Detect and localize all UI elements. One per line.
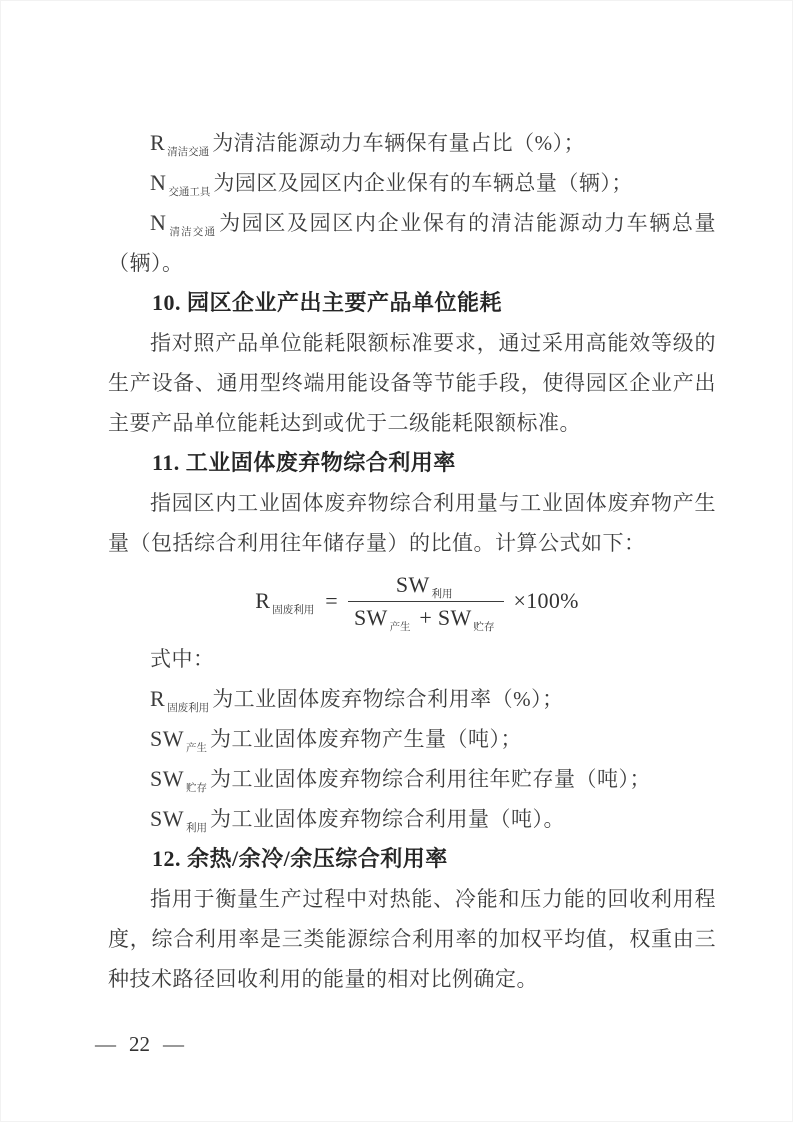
- section-12-heading: 12. 余热/余冷/余压综合利用率: [108, 839, 716, 879]
- definition-subscript: 清洁交通: [168, 227, 216, 238]
- document-page: R清洁交通为清洁能源动力车辆保有量占比（%）； N交通工具为园区及园区内企业保有…: [0, 0, 793, 1122]
- section-11-heading: 11. 工业固体废弃物综合利用率: [108, 443, 716, 483]
- page-number: 22: [129, 1032, 150, 1057]
- definition-subscript: 交通工具: [168, 187, 210, 198]
- page-footer: — 22 —: [95, 1032, 184, 1057]
- formula-lhs: R固废利用: [255, 588, 317, 614]
- formula-multiplier: ×100%: [514, 588, 579, 614]
- definition-line-sw-stored: SW贮存为工业固体废弃物综合利用往年贮存量（吨）；: [108, 759, 716, 799]
- definition-symbol: N: [150, 210, 166, 235]
- definition-subscript: 清洁交通: [167, 147, 209, 158]
- definition-subscript: 固废利用: [167, 703, 209, 714]
- formula-equals-sign: =: [325, 588, 338, 614]
- definition-symbol: SW: [150, 726, 184, 751]
- definition-text: 为工业固体废弃物综合利用往年贮存量（吨）；: [210, 767, 651, 791]
- definition-subscript: 产生: [186, 743, 207, 754]
- definition-symbol: SW: [150, 806, 184, 831]
- definition-symbol: R: [150, 130, 165, 155]
- definition-subscript: 利用: [186, 823, 207, 834]
- definition-line-n-vehicles: N交通工具为园区及园区内企业保有的车辆总量（辆）；: [108, 163, 716, 203]
- formula-fraction: SW利用 SW产生 + SW贮存: [348, 572, 504, 631]
- formula-where-label: 式中：: [108, 639, 716, 679]
- definition-text: 为清洁能源动力车辆保有量占比（%）；: [212, 131, 585, 155]
- definition-symbol: SW: [150, 766, 184, 791]
- section-11-paragraph: 指园区内工业固体废弃物综合利用量与工业固体废弃物产生量（包括综合利用往年储存量）…: [108, 483, 716, 563]
- definition-text: 为工业固体废弃物综合利用量（吨）。: [210, 807, 565, 831]
- formula-denominator-symbol-2: SW: [438, 605, 472, 630]
- formula-numerator: SW利用: [348, 572, 504, 602]
- solid-waste-utilization-formula: R固废利用 = SW利用 SW产生 + SW贮存 ×100%: [118, 563, 716, 639]
- formula-lhs-symbol: R: [255, 588, 270, 613]
- definition-line-r-solid-waste: R固废利用为工业固体废弃物综合利用率（%）；: [108, 679, 716, 719]
- definition-line-n-clean-vehicles: N清洁交通为园区及园区内企业保有的清洁能源动力车辆总量（辆）。: [108, 203, 716, 283]
- definition-text: 为工业固体废弃物产生量（吨）；: [210, 727, 522, 751]
- definition-line-sw-utilized: SW利用为工业固体废弃物综合利用量（吨）。: [108, 799, 716, 839]
- section-10-heading: 10. 园区企业产出主要产品单位能耗: [108, 283, 716, 323]
- formula-numerator-subscript: 利用: [432, 589, 453, 600]
- definition-subscript: 贮存: [186, 783, 207, 794]
- definition-symbol: R: [150, 686, 165, 711]
- definition-symbol: N: [150, 170, 166, 195]
- section-12-paragraph: 指用于衡量生产过程中对热能、冷能和压力能的回收利用程度，综合利用率是三类能源综合…: [108, 879, 716, 999]
- formula-denominator-symbol-1: SW: [354, 605, 388, 630]
- section-10-paragraph: 指对照产品单位能耗限额标准要求，通过采用高能效等级的生产设备、通用型终端用能设备…: [108, 323, 716, 443]
- footer-right-dash: —: [163, 1032, 184, 1057]
- definition-line-r-clean-transport: R清洁交通为清洁能源动力车辆保有量占比（%）；: [108, 123, 716, 163]
- footer-left-dash: —: [95, 1032, 116, 1057]
- definition-text: 为园区及园区内企业保有的清洁能源动力车辆总量（辆）。: [108, 211, 716, 275]
- page-content: R清洁交通为清洁能源动力车辆保有量占比（%）； N交通工具为园区及园区内企业保有…: [0, 0, 793, 999]
- formula-numerator-symbol: SW: [396, 572, 430, 597]
- formula-lhs-subscript: 固废利用: [272, 605, 314, 616]
- definition-text: 为工业固体废弃物综合利用率（%）；: [212, 687, 564, 711]
- formula-denominator-subscript-1: 产生: [390, 622, 411, 633]
- definition-line-sw-generated: SW产生为工业固体废弃物产生量（吨）；: [108, 719, 716, 759]
- formula-denominator-subscript-2: 贮存: [474, 622, 495, 633]
- formula-plus-operator: +: [419, 605, 432, 630]
- formula-denominator: SW产生 + SW贮存: [348, 602, 504, 631]
- definition-text: 为园区及园区内企业保有的车辆总量（辆）；: [213, 171, 633, 195]
